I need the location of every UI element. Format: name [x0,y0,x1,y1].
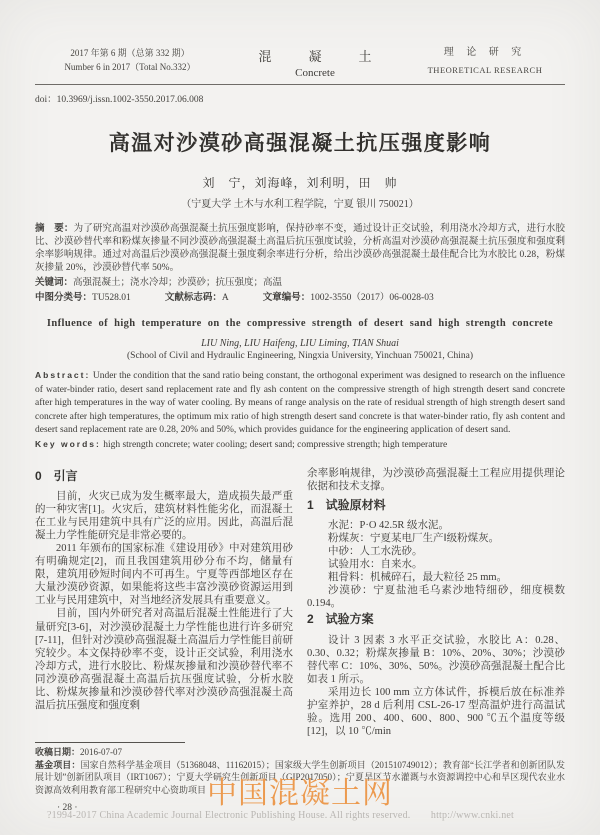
classification-line: 中图分类号：TU528.01文献标志码：A文章编号：1002-3550（2017… [35,291,565,305]
clc-label: 中图分类号： [35,292,92,303]
keywords-cn-label: 关键词： [35,277,73,288]
doi-line: doi：10.3969/j.issn.1002-3550.2017.06.008 [35,91,565,105]
section-1-heading: 1 试验原材料 [307,499,565,512]
keywords-en-label: Key words: [35,439,101,449]
received-date-label: 收稿日期： [35,747,80,757]
journal-name-en: Concrete [240,67,390,79]
journal-section-en: THEORETICAL RESEARCH [405,63,565,77]
journal-name-cn: 混 凝 土 [240,46,390,65]
copyright-line: ?1994-2017 China Academic Journal Electr… [47,806,514,821]
doc-code-label: 文献标志码： [165,292,222,303]
section-2-heading: 2 试验方案 [307,613,565,626]
paper-page: 2017 年第 6 期（总第 332 期） Number 6 in 2017（T… [0,0,600,835]
keywords-en-text: high strength concrete; water cooling; d… [103,440,447,450]
affiliation-en: (School of Civil and Hydraulic Engineeri… [35,351,565,361]
authors-cn: 刘 宁，刘海峰，刘利明，田 帅 [35,174,565,191]
abstract-cn-label: 摘 要： [35,223,74,234]
material-item: 沙漠砂：宁夏盐池毛乌素沙地特细砂，细度模数 0.194。 [307,584,565,610]
paper-title-en: Influence of high temperature on the com… [35,318,565,329]
paper-title-cn: 高温对沙漠砂高强混凝土抗压强度影响 [35,127,565,157]
received-date-line: 收稿日期：2016-07-07 [35,746,565,759]
header-divider [35,84,565,85]
paragraph-continuation: 余率影响规律，为沙漠砂高强混凝土工程应用提供理论依据和技术支撑。 [307,467,565,493]
material-item: 水泥：P·O 42.5R 级水泥。 [307,519,565,532]
received-date-value: 2016-07-07 [80,747,122,757]
footnote-divider [35,742,185,743]
keywords-cn-text: 高强混凝土；浇水冷却；沙漠砂；抗压强度；高温 [73,278,282,288]
journal-issue-cn: 2017 年第 6 期（总第 332 期） [35,46,225,60]
abstract-cn-text: 为了研究高温对沙漠砂高强混凝土抗压强度影响，保持砂率不变，通过设计正交试验，利用… [35,224,565,273]
abstract-en: Abstract: Under the condition that the s… [35,369,565,438]
material-item: 试验用水：自来水。 [307,558,565,571]
article-no-value: 1002-3550（2017）06-0028-03 [310,293,434,303]
journal-header: 2017 年第 6 期（总第 332 期） Number 6 in 2017（T… [35,46,565,79]
material-item: 粗骨料：机械碎石，最大粒径 25 mm。 [307,571,565,584]
abstract-en-text: Under the condition that the sand ratio … [35,371,565,435]
body-columns: 0 引言 目前，火灾已成为发生概率最大，造成损失最严重的一种灾害[1]。火灾后，… [35,467,565,739]
clc-value: TU528.01 [92,293,131,303]
material-item: 粉煤灰：宁夏某电厂生产Ⅰ级粉煤灰。 [307,532,565,545]
paragraph: 采用边长 100 mm 立方体试件，拆模后放在标准养护室养护，28 d 后利用 … [307,686,565,738]
abstract-cn: 摘 要：为了研究高温对沙漠砂高强混凝土抗压强度影响，保持砂率不变，通过设计正交试… [35,222,565,275]
journal-issue: 2017 年第 6 期（总第 332 期） Number 6 in 2017（T… [35,46,225,74]
journal-section: 理 论 研 究 THEORETICAL RESEARCH [405,46,565,77]
material-item: 中砂：人工水洗砂。 [307,545,565,558]
article-no-label: 文章编号： [263,292,311,303]
doc-code-value: A [222,293,229,303]
paragraph: 设计 3 因素 3 水平正交试验，水胶比 A：0.28、0.30、0.32；粉煤… [307,634,565,686]
left-column: 0 引言 目前，火灾已成为发生概率最大，造成损失最严重的一种灾害[1]。火灾后，… [35,467,293,739]
right-column: 余率影响规律，为沙漠砂高强混凝土工程应用提供理论依据和技术支撑。 1 试验原材料… [307,467,565,739]
paragraph: 目前，国内外研究者对高温后混凝土性能进行了大量研究[3-6]，对沙漠砂混凝土力学… [35,607,293,712]
abstract-en-label: Abstract: [35,370,90,380]
paragraph: 2011 年颁布的国家标准《建设用砂》中对建筑用砂有明确规定[2]，而且我国建筑… [35,542,293,607]
keywords-en: Key words: high strength concrete; water… [35,438,565,452]
journal-issue-en: Number 6 in 2017（Total No.332） [35,60,225,74]
section-0-heading: 0 引言 [35,470,293,483]
keywords-cn: 关键词：高强混凝土；浇水冷却；沙漠砂；抗压强度；高温 [35,276,565,290]
affiliation-cn: （宁夏大学 土木与水利工程学院，宁夏 银川 750021） [35,195,565,210]
paragraph: 目前，火灾已成为发生概率最大，造成损失最严重的一种灾害[1]。火灾后，建筑材料性… [35,490,293,542]
authors-en: LIU Ning, LIU Haifeng, LIU Liming, TIAN … [35,338,565,349]
journal-name: 混 凝 土 Concrete [240,46,390,79]
journal-section-cn: 理 论 研 究 [405,46,565,60]
